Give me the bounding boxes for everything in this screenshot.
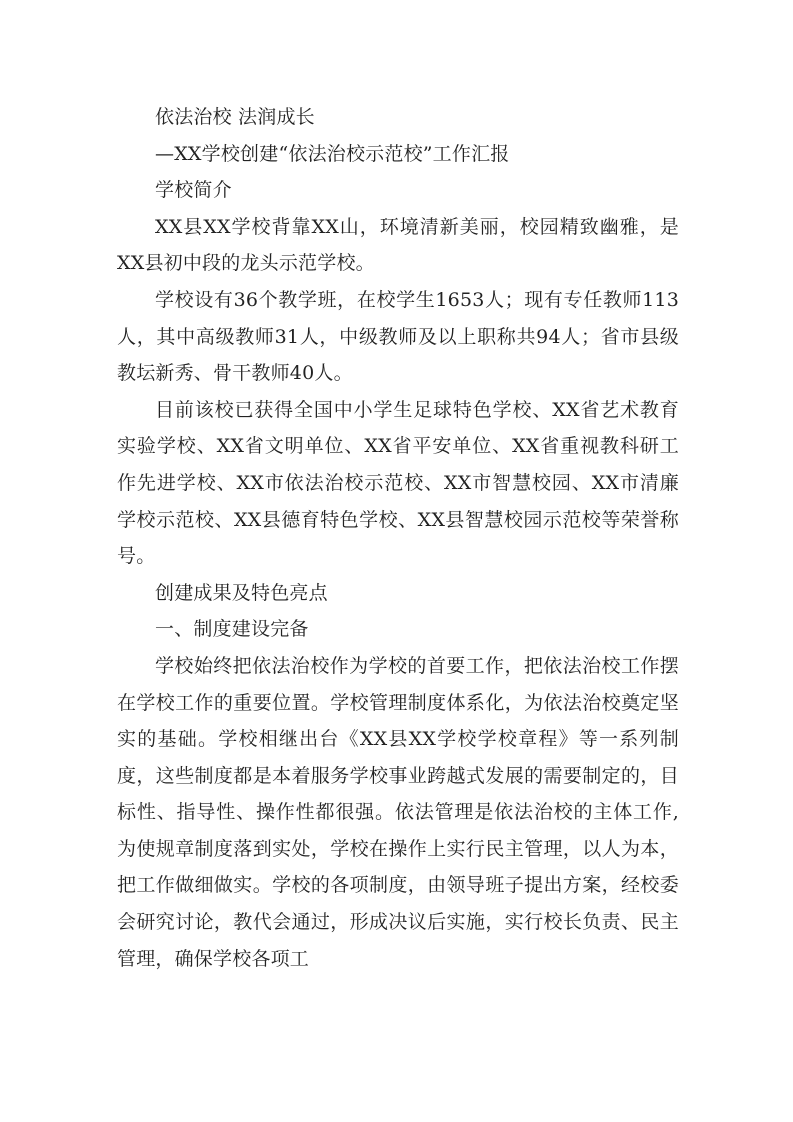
intro-paragraph-1: XX县XX学校背靠XX山，环境清新美丽，校园精致幽雅，是XX县初中段的龙头示范学…	[117, 209, 679, 282]
section-heading-achievements: 创建成果及特色亮点	[117, 575, 679, 612]
document-page: 依法治校 法润成长 —XX学校创建“依法治校示范校”工作汇报 学校简介 XX县X…	[117, 99, 679, 977]
intro-paragraph-2: 学校设有36个教学班，在校学生1653人；现有专任教师113人，其中高级教师31…	[117, 282, 679, 392]
system-paragraph-1: 学校始终把依法治校作为学校的首要工作，把依法治校工作摆在学校工作的重要位置。学校…	[117, 648, 679, 977]
document-title: 依法治校 法润成长	[117, 99, 679, 136]
document-subtitle: —XX学校创建“依法治校示范校”工作汇报	[117, 136, 679, 173]
subsection-heading-system: 一、制度建设完备	[117, 611, 679, 648]
intro-paragraph-3: 目前该校已获得全国中小学生足球特色学校、XX省艺术教育实验学校、XX省文明单位、…	[117, 392, 679, 575]
section-heading-intro: 学校简介	[117, 172, 679, 209]
